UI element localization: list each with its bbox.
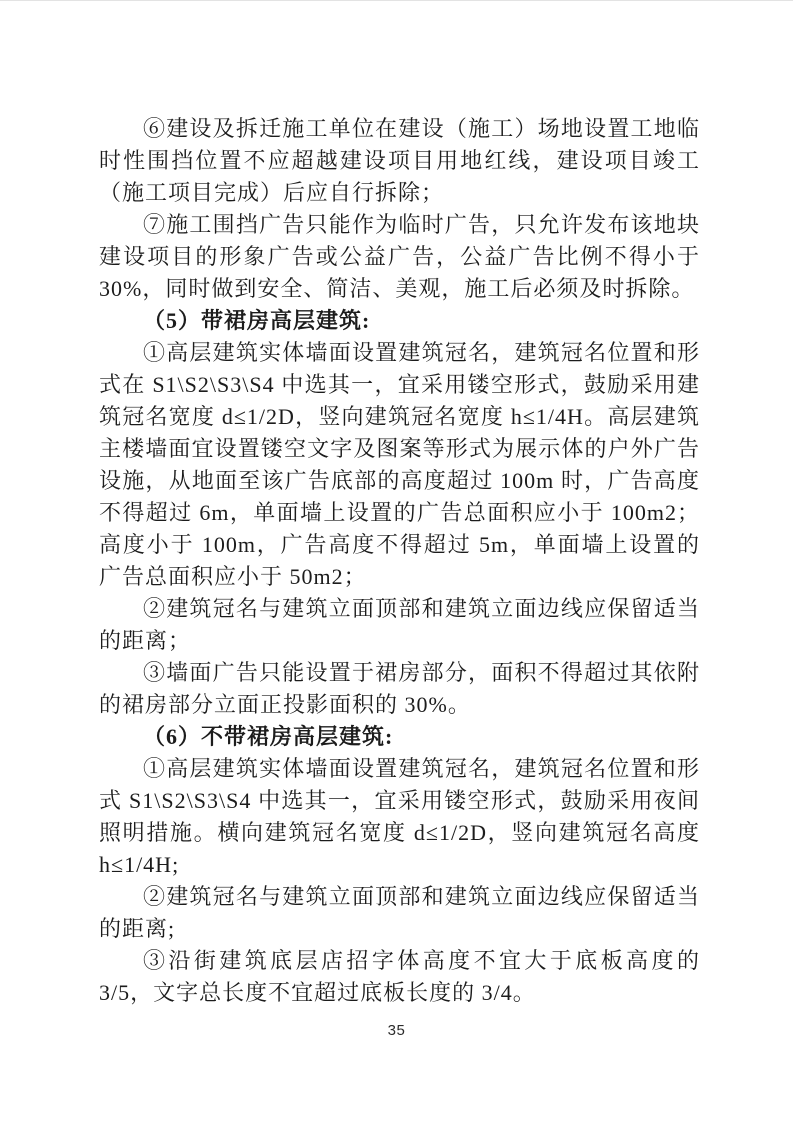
paragraph-item-6: ⑥建设及拆迁施工单位在建设（施工）场地设置工地临时性围挡位置不应超越建设项目用地… xyxy=(99,113,700,209)
paragraph-5-2: ②建筑冠名与建筑立面顶部和建筑立面边线应保留适当的距离； xyxy=(99,593,700,657)
paragraph-6-2: ②建筑冠名与建筑立面顶部和建筑立面边线应保留适当的距离; xyxy=(99,881,700,945)
paragraph-6-3: ③沿街建筑底层店招字体高度不宜大于底板高度的 3/5，文字总长度不宜超过底板长度… xyxy=(99,945,700,1009)
paragraph-5-1: ①高层建筑实体墙面设置建筑冠名，建筑冠名位置和形式在 S1\S2\S3\S4 中… xyxy=(99,337,700,593)
paragraph-6-1: ①高层建筑实体墙面设置建筑冠名，建筑冠名位置和形式 S1\S2\S3\S4 中选… xyxy=(99,753,700,881)
paragraph-item-7: ⑦施工围挡广告只能作为临时广告，只允许发布该地块建设项目的形象广告或公益广告，公… xyxy=(99,209,700,305)
section-heading-5: （5）带裙房高层建筑: xyxy=(99,305,700,337)
paragraph-5-3: ③墙面广告只能设置于裙房部分，面积不得超过其依附的裙房部分立面正投影面积的 30… xyxy=(99,657,700,721)
document-body: ⑥建设及拆迁施工单位在建设（施工）场地设置工地临时性围挡位置不应超越建设项目用地… xyxy=(99,113,700,1009)
section-heading-6: （6）不带裙房高层建筑: xyxy=(99,721,700,753)
document-page: ⑥建设及拆迁施工单位在建设（施工）场地设置工地临时性围挡位置不应超越建设项目用地… xyxy=(0,0,793,1122)
page-number: 35 xyxy=(0,1022,793,1039)
